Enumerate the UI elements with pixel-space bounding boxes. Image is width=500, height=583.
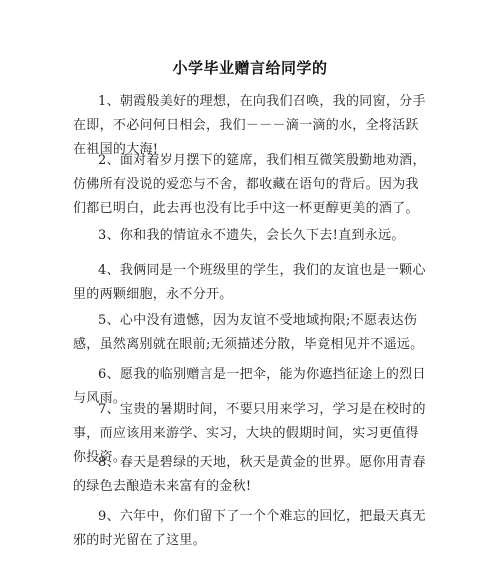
paragraph-5: 5、心中没有遗憾，因为友谊不受地域拘限;不愿表达伤感，虽然离别就在眼前;无须描述… [73,309,427,357]
paragraph-4: 4、我俩同是一个班级里的学生，我们的友谊也是一颗心里的两颗细胞，永不分开。 [73,259,427,307]
paragraph-3: 3、你和我的情谊永不遗失，会长久下去!直到永远。 [73,224,427,248]
document-title: 小学毕业赠言给同学的 [0,57,500,78]
paragraph-2: 2、面对着岁月摆下的筵席，我们相互微笑殷勤地劝酒，仿佛所有没说的爱恋与不舍，都收… [73,149,427,221]
paragraph-8: 8、春天是碧绿的天地，秋天是黄金的世界。愿你用青春的绿色去酿造未来富有的金秋! [73,451,427,499]
paragraph-9: 9、六年中，你们留下了一个个难忘的回忆，把最天真无邪的时光留在了这里。 [73,505,427,553]
document-page: 小学毕业赠言给同学的 1、朝霞般美好的理想，在向我们召唤，我的同窗，分手在即，不… [0,0,500,583]
